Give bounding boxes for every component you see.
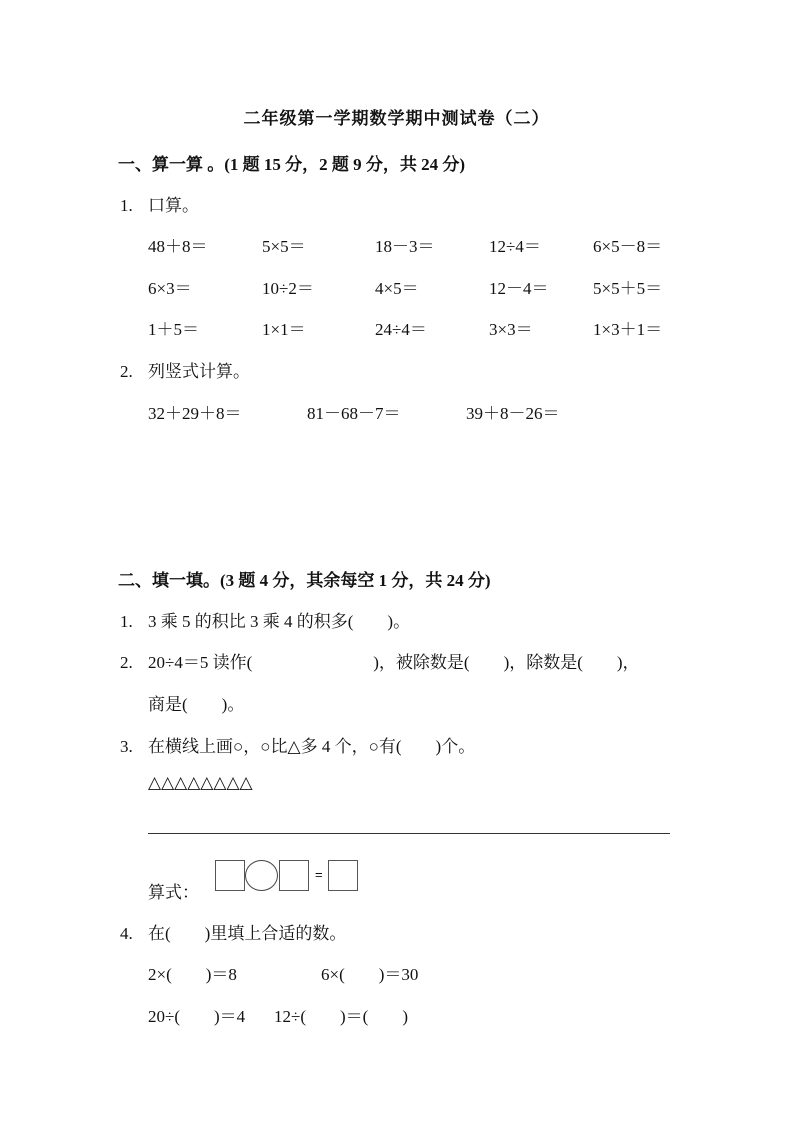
oral-calc-item: 1×1＝ <box>262 315 306 340</box>
question-number: 3. <box>120 737 148 757</box>
question-number: 1. <box>120 196 148 216</box>
oral-calc-item: 6×5－8＝ <box>593 232 662 257</box>
formula-label: 算式： <box>148 878 199 903</box>
oral-calc-item: 5×5＝ <box>262 232 306 257</box>
fill-in-item: 2×( )＝8 <box>148 960 237 985</box>
oral-calc-item: 48＋8＝ <box>148 232 208 257</box>
question-2-1: 1.3 乘 5 的积比 3 乘 4 的积多( )。 <box>120 607 410 632</box>
oral-calc-item: 3×3＝ <box>489 315 533 340</box>
oral-calc-item: 5×5＋5＝ <box>593 274 662 299</box>
fill-in-item: 20÷( )＝4 <box>148 1002 245 1027</box>
section-1-heading: 一、算一算 。(1 题 15 分，2 题 9 分，共 24 分) <box>118 150 465 175</box>
triangle-row: △△△△△△△△ <box>148 773 253 793</box>
question-1-2: 2.列竖式计算。 <box>120 357 250 382</box>
question-number: 2. <box>120 653 148 673</box>
oral-calc-item: 1×3＋1＝ <box>593 315 662 340</box>
oral-calc-item: 24÷4＝ <box>375 315 427 340</box>
oral-calc-item: 12－4＝ <box>489 274 549 299</box>
question-2-3: 3.在横线上画○，○比△多 4 个，○有( )个。 <box>120 732 475 757</box>
oral-calc-item: 18－3＝ <box>375 232 435 257</box>
vertical-calc-item: 32＋29＋8＝ <box>148 399 242 424</box>
formula-box-2[interactable] <box>279 860 309 891</box>
question-text-part-b: )，被除数是( )，除数是( )， <box>373 653 639 672</box>
oral-calc-item: 12÷4＝ <box>489 232 541 257</box>
fill-in-item: 6×( )＝30 <box>321 960 418 985</box>
vertical-calc-item: 39＋8－26＝ <box>466 399 560 424</box>
vertical-calc-item: 81－68－7＝ <box>307 399 401 424</box>
page-title: 二年级第一学期数学期中测试卷（二） <box>0 104 793 129</box>
question-prompt: 口算。 <box>148 196 199 215</box>
question-number: 4. <box>120 924 148 944</box>
question-2-4: 4.在( )里填上合适的数。 <box>120 919 346 944</box>
question-text-part-a: 20÷4＝5 读作( <box>148 653 252 672</box>
formula-operator-circle[interactable] <box>245 860 278 891</box>
drawing-answer-line[interactable] <box>148 833 670 834</box>
question-number: 2. <box>120 362 148 382</box>
section-2-heading: 二、填一填。(3 题 4 分，其余每空 1 分，共 24 分) <box>118 566 491 591</box>
question-2-2-line-2: 商是( )。 <box>148 690 244 715</box>
fill-in-item: 12÷( )＝( ) <box>274 1002 408 1027</box>
question-text: 3 乘 5 的积比 3 乘 4 的积多( )。 <box>148 612 410 631</box>
oral-calc-item: 6×3＝ <box>148 274 192 299</box>
question-1-1: 1.口算。 <box>120 191 199 216</box>
oral-calc-item: 1＋5＝ <box>148 315 199 340</box>
oral-calc-item: 4×5＝ <box>375 274 419 299</box>
oral-calc-item: 10÷2＝ <box>262 274 314 299</box>
question-text: 在横线上画○，○比△多 4 个，○有( )个。 <box>148 737 475 756</box>
formula-box-1[interactable] <box>215 860 245 891</box>
question-2-2: 2.20÷4＝5 读作()，被除数是( )，除数是( )， <box>120 648 640 673</box>
question-number: 1. <box>120 612 148 632</box>
question-prompt: 在( )里填上合适的数。 <box>148 924 346 943</box>
formula-box-result[interactable] <box>328 860 358 891</box>
formula-equals: = <box>315 867 323 882</box>
question-prompt: 列竖式计算。 <box>148 362 250 381</box>
